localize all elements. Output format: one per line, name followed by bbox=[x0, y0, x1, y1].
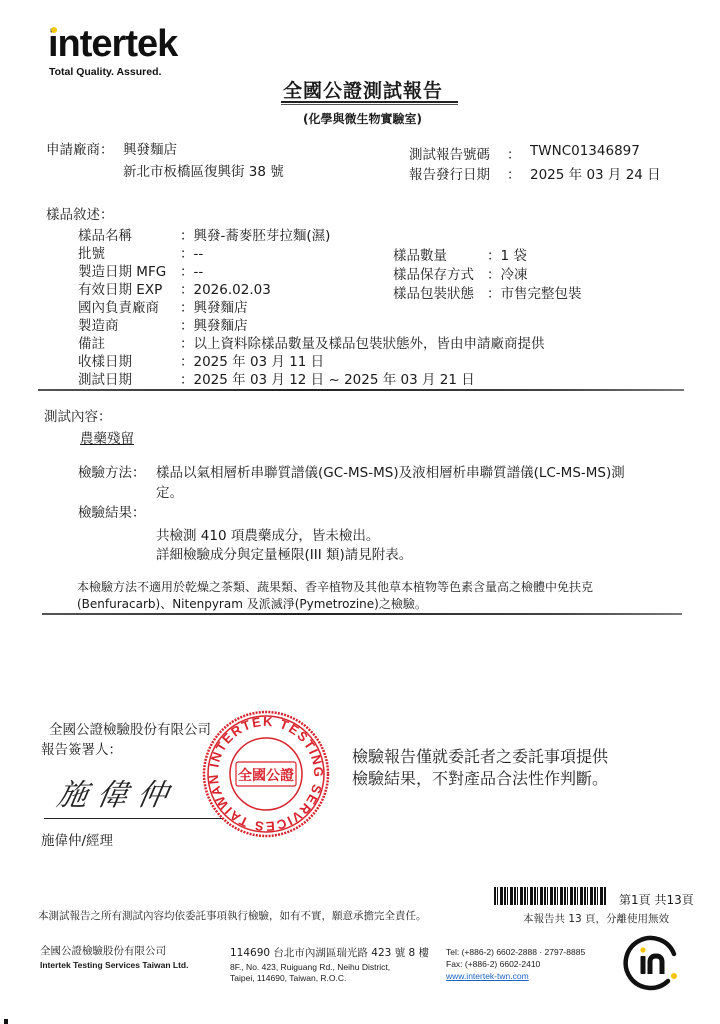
field-label: 製造日期 MFG bbox=[78, 260, 166, 280]
field-label: 樣品數量 bbox=[393, 244, 447, 264]
field-value: ：2026.02.03 bbox=[180, 278, 271, 298]
section-divider bbox=[38, 389, 684, 391]
report-title: 全國公證測試報告 bbox=[283, 76, 443, 103]
title-underline bbox=[281, 101, 458, 103]
applicant-name: 興發麵店 bbox=[123, 138, 177, 158]
intertek-in-logo-icon bbox=[622, 934, 680, 992]
field-value: ：1 袋 bbox=[487, 244, 527, 264]
disclaimer-line-2: 檢驗結果，不對產品合法性作判斷。 bbox=[352, 766, 608, 789]
logo-tagline: Total Quality. Assured. bbox=[49, 66, 161, 78]
result-line-1: 共檢測 410 項農藥成分，皆未檢出。 bbox=[156, 524, 379, 544]
field-value: ：市售完整包裝 bbox=[487, 282, 582, 302]
footer-company-zh: 全國公證檢驗股份有限公司 bbox=[40, 943, 166, 958]
footer-address-en-2: Taipei, 114690, Taiwan, R.O.C. bbox=[230, 973, 346, 983]
page-indicator: 第1頁 共13頁 bbox=[619, 891, 694, 908]
report-date-value: 2025 年 03 月 24 日 bbox=[530, 163, 661, 183]
signer-name: 施偉仲/經理 bbox=[41, 829, 113, 849]
footer-address-zh: 114690 台北市內湖區瑞光路 423 號 8 樓 bbox=[230, 945, 429, 960]
field-value: ：興發-蕎麥胚芽拉麵(濕) bbox=[180, 224, 330, 244]
field-label: 樣品名稱 bbox=[78, 224, 132, 244]
colon: ： bbox=[507, 143, 521, 163]
signer-label: 報告簽署人： bbox=[41, 738, 122, 758]
footer-website-link[interactable]: www.intertek-twn.com bbox=[446, 971, 529, 981]
test-section-label: 測試內容： bbox=[44, 405, 112, 425]
disclaimer-line-1: 檢驗報告僅就委託者之委託事項提供 bbox=[352, 744, 608, 767]
field-value: ：興發麵店 bbox=[180, 296, 248, 316]
result-label: 檢驗結果： bbox=[78, 501, 146, 521]
report-number-label: 測試報告號碼 bbox=[409, 143, 490, 163]
handwritten-signature: 施偉仲 bbox=[54, 770, 182, 814]
applicant-label: 申請廠商： bbox=[46, 138, 114, 158]
sample-section-label: 樣品敘述： bbox=[46, 203, 114, 223]
field-value: ：以上資料除樣品數量及樣品包裝狀態外，皆由申請廠商提供 bbox=[180, 332, 545, 352]
field-label: 樣品保存方式 bbox=[393, 263, 474, 283]
field-label: 備註 bbox=[78, 332, 105, 352]
note-divider bbox=[42, 613, 682, 615]
field-value: ：-- bbox=[180, 242, 203, 262]
svg-text:全國公證: 全國公證 bbox=[238, 767, 294, 784]
report-number-value: TWNC01346897 bbox=[530, 143, 640, 159]
footer-fax: Fax: (+886-2) 6602-2410 bbox=[446, 959, 540, 969]
field-label: 收樣日期 bbox=[78, 350, 132, 370]
field-label: 測試日期 bbox=[78, 368, 132, 388]
intertek-logo: intertek bbox=[48, 24, 177, 64]
field-value: ：2025 年 03 月 12 日 ~ 2025 年 03 月 21 日 bbox=[180, 368, 475, 388]
method-label: 檢驗方法： bbox=[78, 461, 146, 481]
method-note-line-1: 本檢驗方法不適用於乾燥之茶類、蔬果類、香辛植物及其他草本植物等色素含量高之檢體中… bbox=[77, 578, 593, 595]
total-pages-note: 本報告共 13 頁，分離使用無效 bbox=[523, 911, 669, 926]
signature-line bbox=[44, 818, 224, 819]
footer-company-en: Intertek Testing Services Taiwan Ltd. bbox=[40, 960, 188, 970]
scan-mark bbox=[4, 1019, 8, 1024]
result-line-2: 詳細檢驗成分與定量極限(III 類)請見附表。 bbox=[156, 543, 412, 563]
field-label: 有效日期 EXP bbox=[78, 278, 162, 298]
method-line-2: 定。 bbox=[156, 481, 183, 501]
report-date-label: 報告發行日期 bbox=[409, 163, 490, 183]
title-underline-thin bbox=[281, 104, 458, 105]
method-note-line-2: (Benfuracarb)、Nitenpyram 及派滅淨(Pymetrozin… bbox=[77, 595, 427, 612]
responsibility-statement: 本測試報告之所有測試內容均依委託事項執行檢驗，如有不實，願意承擔完全責任。 bbox=[38, 908, 427, 923]
colon: ： bbox=[507, 163, 521, 183]
logo-yellow-dot bbox=[51, 27, 57, 33]
field-value: ：興發麵店 bbox=[180, 314, 248, 334]
report-subtitle: (化學與微生物實驗室) bbox=[303, 110, 422, 127]
footer-address-en-1: 8F., No. 423, Ruiguang Rd., Neihu Distri… bbox=[230, 962, 390, 972]
field-label: 批號 bbox=[78, 242, 105, 262]
footer-tel: Tel: (+886-2) 6602-2888 · 2797-8885 bbox=[446, 947, 585, 957]
field-label: 樣品包裝狀態 bbox=[393, 282, 474, 302]
field-label: 國內負責廠商 bbox=[78, 296, 159, 316]
field-value: ：-- bbox=[180, 260, 203, 280]
applicant-address: 新北市板橋區復興街 38 號 bbox=[123, 160, 284, 180]
method-line-1: 樣品以氣相層析串聯質譜儀(GC-MS-MS)及液相層析串聯質譜儀(LC-MS-M… bbox=[156, 461, 625, 481]
barcode bbox=[494, 887, 606, 905]
field-label: 製造商 bbox=[78, 314, 119, 334]
field-value: ：2025 年 03 月 11 日 bbox=[180, 350, 324, 370]
company-name: 全國公證檢驗股份有限公司 bbox=[49, 718, 211, 738]
official-seal-icon: INTERTEK TESTING SERVICES TAIWAN LTD. 全國… bbox=[200, 708, 332, 840]
test-item: 農藥殘留 bbox=[80, 427, 134, 447]
field-value: ：冷凍 bbox=[487, 263, 528, 283]
